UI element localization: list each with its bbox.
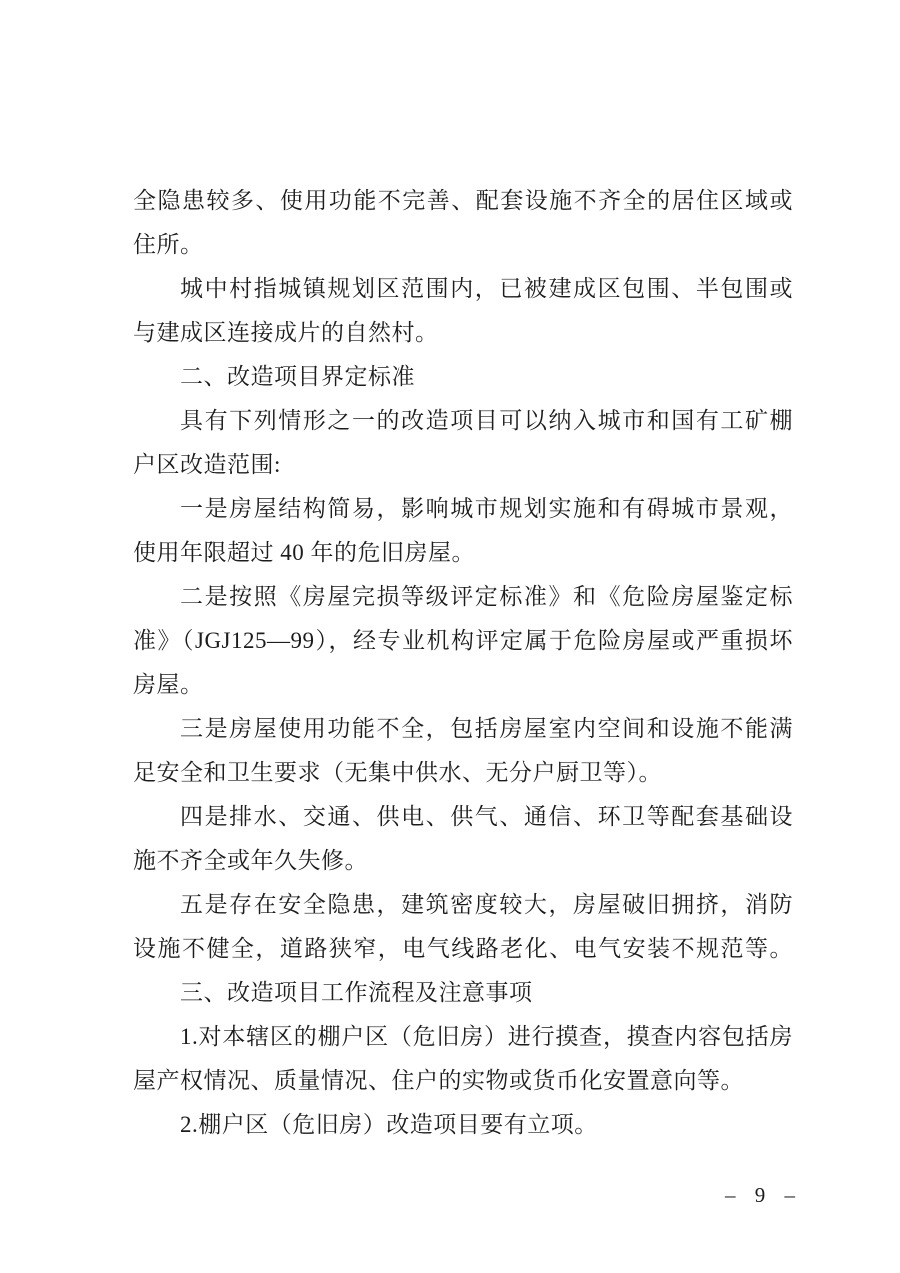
- text-line: 一是房屋结构简易，影响城市规划实施和有碍城市景观，: [133, 487, 793, 531]
- text-line: 1.对本辖区的棚户区（危旧房）进行摸查，摸查内容包括房: [133, 1015, 793, 1059]
- text-line: 二是按照《房屋完损等级评定标准》和《危险房屋鉴定标: [133, 575, 793, 619]
- text-line: 足安全和卫生要求（无集中供水、无分户厨卫等）。: [133, 751, 793, 795]
- text-line: 户区改造范围:: [133, 443, 793, 487]
- page-footer: – 9 –: [725, 1180, 802, 1210]
- text-line: 与建成区连接成片的自然村。: [133, 311, 793, 355]
- text-line: 设施不健全，道路狭窄，电气线路老化、电气安装不规范等。: [133, 927, 793, 971]
- text-line: 四是排水、交通、供电、供气、通信、环卫等配套基础设: [133, 795, 793, 839]
- text-line: 2.棚户区（危旧房）改造项目要有立项。: [133, 1103, 793, 1147]
- text-line: 城中村指城镇规划区范围内，已被建成区包围、半包围或: [133, 267, 793, 311]
- text-line: 五是存在安全隐患，建筑密度较大，房屋破旧拥挤，消防: [133, 883, 793, 927]
- text-line: 住所。: [133, 223, 793, 267]
- text-line: 房屋。: [133, 663, 793, 707]
- text-line: 具有下列情形之一的改造项目可以纳入城市和国有工矿棚: [133, 399, 793, 443]
- document-page: 全隐患较多、使用功能不完善、配套设施不齐全的居住区域或住所。城中村指城镇规划区范…: [0, 0, 900, 1273]
- text-line: 二、改造项目界定标准: [133, 355, 793, 399]
- text-line: 使用年限超过 40 年的危旧房屋。: [133, 531, 793, 575]
- text-line: 三是房屋使用功能不全，包括房屋室内空间和设施不能满: [133, 707, 793, 751]
- text-line: 三、改造项目工作流程及注意事项: [133, 971, 793, 1015]
- text-line: 准》（JGJ125—99），经专业机构评定属于危险房屋或严重损坏: [133, 619, 793, 663]
- text-line: 施不齐全或年久失修。: [133, 839, 793, 883]
- text-line: 屋产权情况、质量情况、住户的实物或货币化安置意向等。: [133, 1059, 793, 1103]
- text-line: 全隐患较多、使用功能不完善、配套设施不齐全的居住区域或: [133, 179, 793, 223]
- document-body: 全隐患较多、使用功能不完善、配套设施不齐全的居住区域或住所。城中村指城镇规划区范…: [133, 179, 793, 1147]
- page-number: – 9 –: [725, 1183, 802, 1207]
